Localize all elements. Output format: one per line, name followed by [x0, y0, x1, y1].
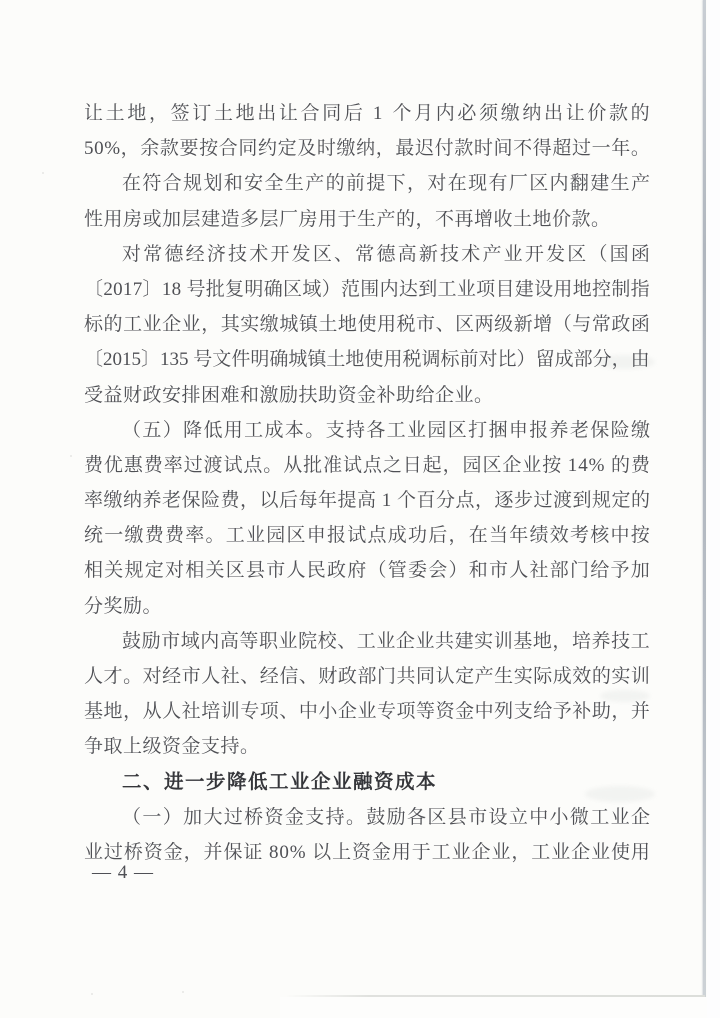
text-line: 费优惠费率过渡试点。从批准试点之日起，园区企业按 14% 的费	[84, 448, 650, 483]
text-line: 〔2017〕18 号批复明确区域）范围内达到工业项目建设用地控制指	[84, 272, 650, 307]
scan-artifact	[91, 993, 93, 995]
text-line: 统一缴费费率。工业园区申报试点成功后，在当年绩效考核中按	[84, 518, 650, 553]
text-line: 鼓励市域内高等职业院校、工业企业共建实训基地，培养技工	[84, 624, 650, 659]
scan-artifact	[70, 455, 72, 457]
text-line: 对常德经济技术开发区、常德高新技术产业开发区（国函	[84, 237, 650, 272]
scanner-background-right	[707, 0, 720, 1018]
text-line: 在符合规划和安全生产的前提下，对在现有厂区内翻建生产	[84, 166, 650, 201]
text-line: 性用房或加层建造多层厂房用于生产的，不再增收土地价款。	[84, 202, 650, 237]
document-body-text: 让土地，签订土地出让合同后 1 个月内必须缴纳出让价款的 50%，余款要按合同约…	[84, 96, 650, 870]
scan-artifact	[42, 172, 44, 174]
text-line: 50%，余款要按合同约定及时缴纳，最迟付款时间不得超过一年。	[84, 131, 650, 166]
page-right-edge	[703, 0, 706, 998]
scanner-background-bottom	[280, 997, 707, 1018]
text-line: 分奖励。	[84, 589, 650, 624]
scan-artifact	[600, 690, 650, 702]
text-line: （一）加大过桥资金支持。鼓励各区县市设立中小微工业企	[84, 800, 650, 835]
text-line: 〔2015〕135 号文件明确城镇土地使用税调标前对比）留成部分，由	[84, 342, 650, 377]
text-line: 标的工业企业，其实缴城镇土地使用税市、区两级新增（与常政函	[84, 307, 650, 342]
text-line: （五）降低用工成本。支持各工业园区打捆申报养老保险缴	[84, 413, 650, 448]
page-number: — 4 —	[92, 861, 154, 885]
text-line: 让土地，签订土地出让合同后 1 个月内必须缴纳出让价款的	[84, 96, 650, 131]
text-line: 率缴纳养老保险费，以后每年提高 1 个百分点，逐步过渡到规定的	[84, 483, 650, 518]
scan-artifact	[595, 355, 655, 369]
scan-artifact	[182, 991, 184, 993]
text-line: 相关规定对相关区县市人民政府（管委会）和市人社部门给予加	[84, 553, 650, 588]
text-line: 业过桥资金，并保证 80% 以上资金用于工业企业，工业企业使用	[84, 835, 650, 870]
text-line: 人才。对经市人社、经信、财政部门共同认定产生实际成效的实训	[84, 659, 650, 694]
section-heading: 二、进一步降低工业企业融资成本	[84, 765, 650, 800]
text-line: 受益财政安排困难和激励扶助资金补助给企业。	[84, 378, 650, 413]
scanned-document-page: 让土地，签订土地出让合同后 1 个月内必须缴纳出让价款的 50%，余款要按合同约…	[0, 0, 720, 1018]
text-line: 基地，从人社培训专项、中小企业专项等资金中列支给予补助，并	[84, 694, 650, 729]
text-line: 争取上级资金支持。	[84, 729, 650, 764]
scan-artifact	[585, 786, 655, 802]
